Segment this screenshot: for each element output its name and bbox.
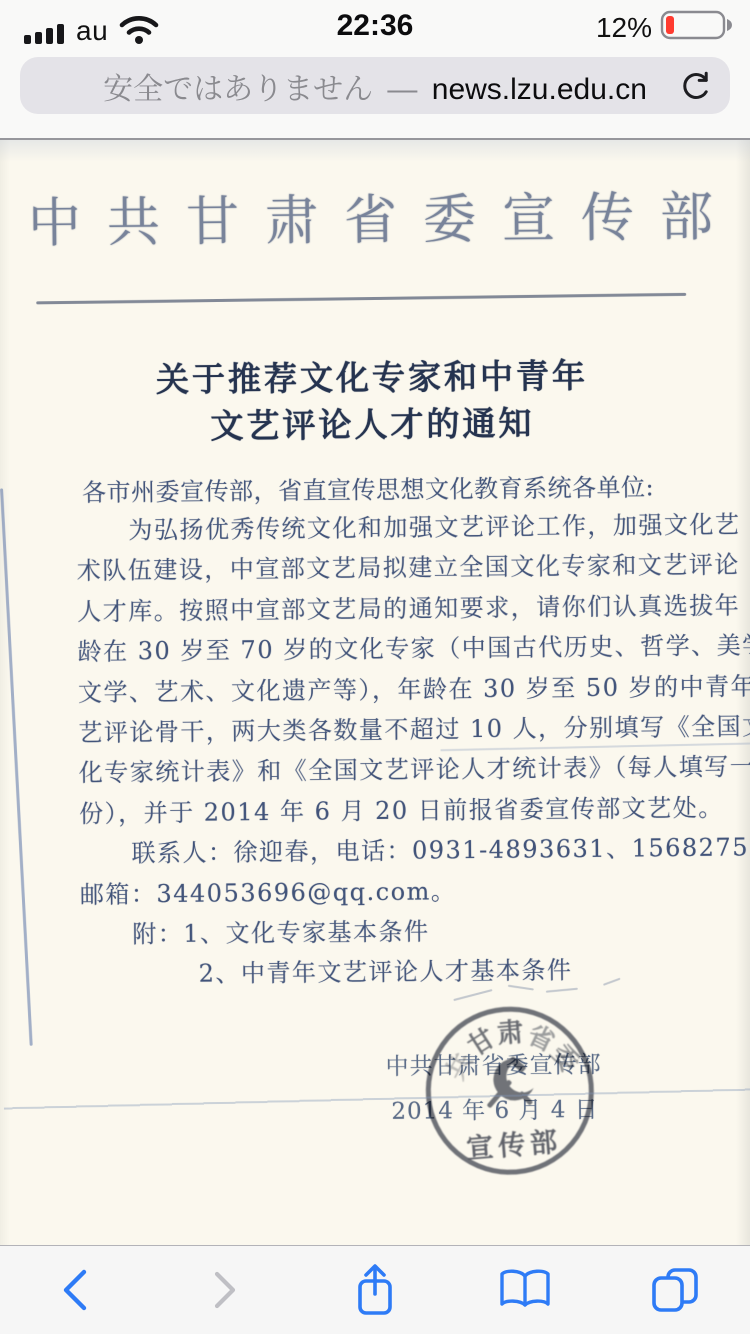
forward-button[interactable]: [180, 1255, 270, 1325]
reload-icon[interactable]: [678, 69, 712, 103]
attachment-line-2: 2、中青年文艺评论人才基本条件: [81, 949, 741, 996]
scan-edge-line: [0, 488, 32, 1045]
web-page-scanned-document: 中共甘肃省委宣传部 关于推荐文化专家和中青年 文艺评论人才的通知 各市州委宣传部…: [0, 140, 750, 1245]
address-bar[interactable]: 安全ではありません — news.lzu.edu.cn: [20, 57, 730, 114]
hammer-sickle-icon: [480, 1053, 543, 1119]
body-line: 份），并于 2014 年 6 月 20 日前报省委宣传部文艺处。: [79, 787, 739, 834]
official-round-seal: 共 甘 肃 省 委 宣传部: [419, 1000, 600, 1181]
separator-dash: —: [381, 73, 423, 106]
battery-icon: [660, 8, 734, 47]
seal-bottom-text: 宣传部: [434, 1117, 595, 1168]
site-hostname: news.lzu.edu.cn: [432, 73, 647, 106]
official-notice-document: 中共甘肃省委宣传部 关于推荐文化专家和中青年 文艺评论人才的通知 各市州委宣传部…: [0, 140, 750, 1245]
notice-title-line2: 文艺评论人才的通知: [0, 395, 748, 449]
seal-arc-char: 肃: [495, 1018, 525, 1048]
not-secure-label: 安全ではありません: [103, 73, 373, 106]
browser-chrome-top: au 22:36 12%: [0, 0, 750, 140]
safari-bottom-toolbar: [0, 1245, 750, 1334]
signature-date: 2014 年 6 月 4 日: [4, 1087, 750, 1129]
status-bar: au 22:36 12%: [0, 0, 750, 50]
back-button[interactable]: [30, 1255, 120, 1325]
iphone-safari-screen: au 22:36 12%: [0, 0, 750, 1334]
battery-percent-label: 12%: [596, 12, 652, 44]
body-line: 文学、艺术、文化遗产等），年龄在 30 岁至 50 岁的中青年文: [78, 666, 738, 713]
address-bar-text: 安全ではありません — news.lzu.edu.cn: [103, 64, 647, 108]
contact-line: 联系人：徐迎春，电话：0931-4893631、15682752253，: [79, 828, 739, 875]
body-line: 人才库。按照中宣部文艺局的通知要求，请你们认真选拔年: [77, 585, 737, 632]
tabs-button[interactable]: [630, 1255, 720, 1325]
body-line: 化专家统计表》和《全国文艺评论人才统计表》（每人填写一: [79, 747, 739, 794]
email-line: 邮箱：344053696@qq.com。: [80, 868, 740, 915]
letterhead-org-name: 中共甘肃省委宣传部: [0, 187, 746, 254]
salutation: 各市州委宣传部，省直宣传思想文化教育系统各单位:: [82, 467, 654, 507]
share-button[interactable]: [330, 1255, 420, 1325]
bookmarks-button[interactable]: [480, 1255, 570, 1325]
body-line: 为弘扬优秀传统文化和加强文艺评论工作，加强文化艺: [76, 505, 736, 552]
signature-org: 中共甘肃省委宣传部: [3, 1042, 750, 1084]
notice-body: 为弘扬优秀传统文化和加强文艺评论工作，加强文化艺 术队伍建设，中宣部文艺局拟建立…: [76, 505, 741, 996]
body-line: 术队伍建设，中宣部文艺局拟建立全国文化专家和文艺评论: [77, 545, 737, 592]
letterhead-rule: [36, 293, 686, 305]
body-line: 龄在 30 岁至 70 岁的文化专家（中国古代历史、哲学、美学、: [77, 626, 737, 673]
attachment-line-1: 附：1、文化专家基本条件: [80, 908, 740, 955]
notice-title-line1: 关于推荐文化专家和中青年: [0, 348, 747, 402]
